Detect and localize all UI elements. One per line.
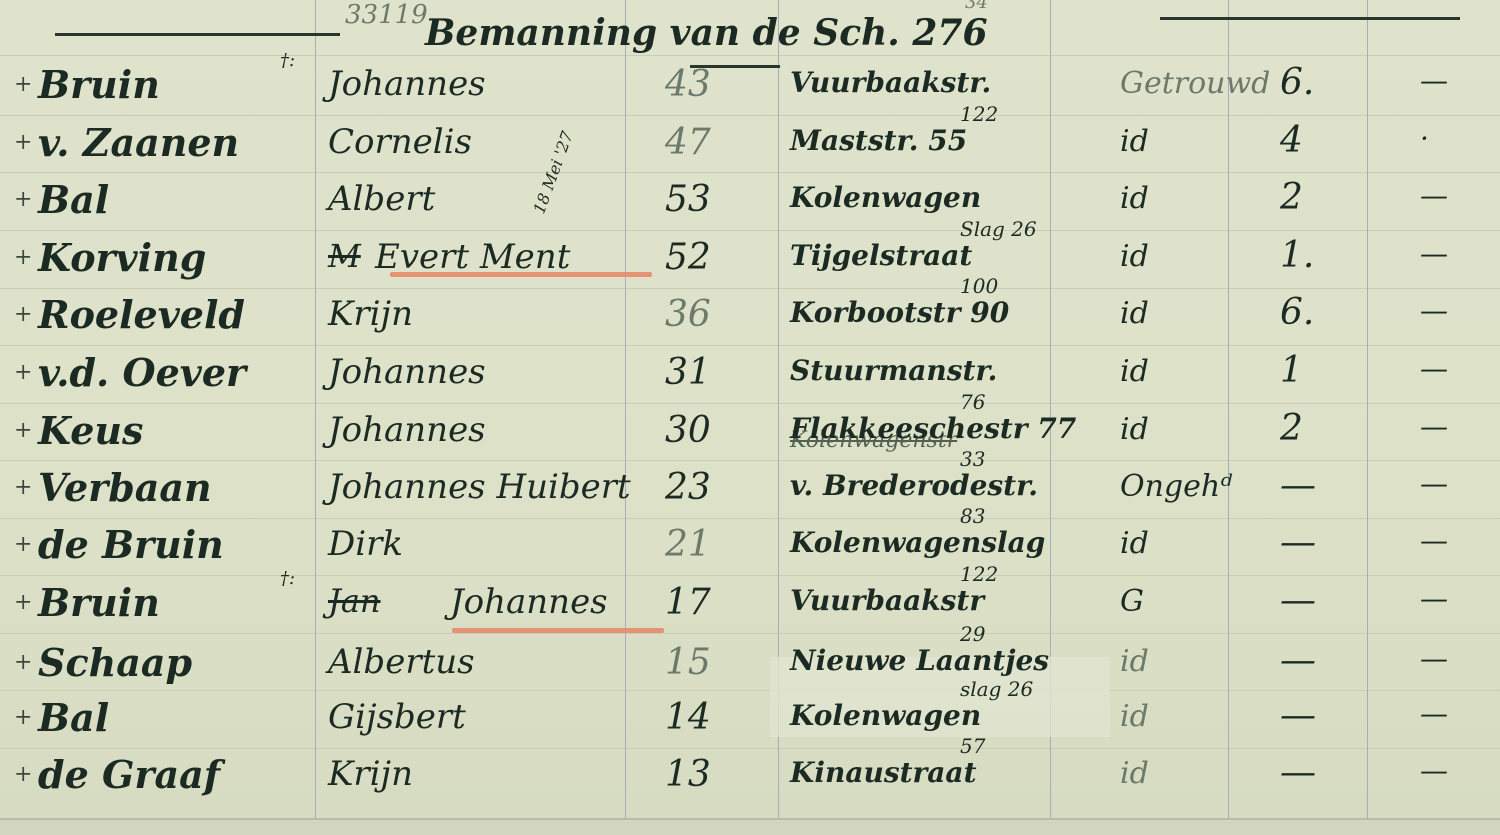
underlying-page xyxy=(0,820,1500,835)
status-cell: id xyxy=(1120,354,1149,389)
given-cell: Johannes xyxy=(450,582,608,622)
given-struck: Jan xyxy=(328,582,381,620)
given-cell: Krijn xyxy=(328,294,413,334)
row-mark: + xyxy=(14,532,32,557)
age-cell: 23 xyxy=(665,467,711,508)
address-cell: Stuurmanstr. xyxy=(790,354,997,387)
age-cell: 47 xyxy=(665,122,711,163)
age-cell: 52 xyxy=(665,237,711,278)
count-cell: 1 xyxy=(1280,350,1303,391)
address-note: 122 xyxy=(960,102,998,126)
address-cell: Vuurbaakstr. xyxy=(790,66,991,99)
last-cell: — xyxy=(1420,524,1448,557)
age-cell: 17 xyxy=(665,582,711,623)
count-cell: — xyxy=(1280,695,1316,736)
surname-cell: Roeleveld xyxy=(38,292,245,337)
status-cell: Getrouwd xyxy=(1120,66,1270,101)
age-cell: 30 xyxy=(665,410,711,451)
age-cell: 13 xyxy=(665,754,711,795)
age-cell: 14 xyxy=(665,697,711,738)
last-cell: — xyxy=(1420,352,1448,385)
count-cell: — xyxy=(1280,465,1316,506)
surname-cell: Bruin xyxy=(38,62,160,107)
archive-number: 33119 xyxy=(345,0,428,30)
address-note: 76 xyxy=(960,390,985,414)
address-note: 29 xyxy=(960,622,985,646)
ruled-line xyxy=(0,690,1500,691)
ledger-page: 33119 34 Bemanning van de Sch. 276 +Brui… xyxy=(0,0,1500,820)
age-cell: 53 xyxy=(665,179,711,220)
surname-cell: de Graaf xyxy=(38,752,220,797)
address-cell: Vuurbaakstr xyxy=(790,584,984,617)
given-cell: Johannes xyxy=(328,352,486,392)
surname-cell: de Bruin xyxy=(38,522,224,567)
row-mark: + xyxy=(14,360,32,385)
age-cell: 15 xyxy=(665,642,711,683)
status-cell: id xyxy=(1120,296,1149,331)
header-rule-left xyxy=(55,33,340,36)
count-cell: — xyxy=(1280,640,1316,681)
row-mark: + xyxy=(14,245,32,270)
count-cell: 6. xyxy=(1280,292,1314,333)
status-cell: id xyxy=(1120,239,1149,274)
ruled-line xyxy=(0,115,1500,116)
ruled-line xyxy=(0,460,1500,461)
given-cell: Evert Ment xyxy=(375,237,570,277)
given-cell: Albert xyxy=(328,179,435,219)
address-note: Slag 26 xyxy=(960,217,1037,241)
address-cell: Korbootstr 90 xyxy=(790,296,1009,329)
address-cell: Kolenwagen xyxy=(790,699,981,732)
status-cell: id xyxy=(1120,412,1149,447)
page-title: Bemanning van de Sch. 276 xyxy=(425,12,988,54)
row-mark: + xyxy=(14,650,32,675)
row-mark: + xyxy=(14,130,32,155)
row-mark: + xyxy=(14,72,32,97)
surname-cell: Bal xyxy=(38,695,109,740)
last-cell: — xyxy=(1420,754,1448,787)
row-mark: + xyxy=(14,418,32,443)
address-note: 33 xyxy=(960,447,985,471)
row-mark: + xyxy=(14,187,32,212)
address-cell: Kinaustraat xyxy=(790,756,977,789)
count-cell: — xyxy=(1280,580,1316,621)
ruled-line xyxy=(0,748,1500,749)
column-line xyxy=(1367,0,1368,818)
count-cell: 2 xyxy=(1280,177,1303,218)
age-cell: 21 xyxy=(665,524,711,565)
surname-cell: Keus xyxy=(38,408,143,453)
header-rule-right xyxy=(1160,17,1460,20)
count-cell: 2 xyxy=(1280,408,1303,449)
row-mark: + xyxy=(14,590,32,615)
address-note: 100 xyxy=(960,274,998,298)
last-cell: — xyxy=(1420,179,1448,212)
given-cell: Johannes xyxy=(328,64,486,104)
column-line xyxy=(1228,0,1229,818)
given-cell: Johannes xyxy=(328,410,486,450)
address-cell: Kolenwagen xyxy=(790,181,981,214)
ruled-line xyxy=(0,345,1500,346)
surname-cell: v.d. Oever xyxy=(38,350,246,395)
surname-cell: Bruin xyxy=(38,580,160,625)
last-cell: — xyxy=(1420,64,1448,97)
surname-cell: v. Zaanen xyxy=(38,120,239,165)
status-cell: id xyxy=(1120,181,1149,216)
last-cell: — xyxy=(1420,582,1448,615)
given-cell: Cornelis xyxy=(328,122,472,162)
address-cell: Nieuwe Laantjes xyxy=(790,644,1049,677)
address-note: 57 xyxy=(960,734,985,758)
count-cell: — xyxy=(1280,752,1316,793)
surname-cell: Verbaan xyxy=(38,465,212,510)
ruled-line xyxy=(0,403,1500,404)
red-underline xyxy=(452,628,664,633)
surname-note: †: xyxy=(280,568,295,589)
surname-cell: Schaap xyxy=(38,640,192,685)
age-cell: 31 xyxy=(665,352,711,393)
last-cell: — xyxy=(1420,642,1448,675)
address-cell: Tijgelstraat xyxy=(790,239,972,272)
age-cell: 36 xyxy=(665,294,711,335)
ruled-line xyxy=(0,172,1500,173)
status-cell: id xyxy=(1120,699,1149,734)
ruled-line xyxy=(0,230,1500,231)
surname-note: †: xyxy=(280,50,295,71)
row-mark: + xyxy=(14,762,32,787)
ruled-line xyxy=(0,288,1500,289)
given-cell: Dirk xyxy=(328,524,403,564)
row-mark: + xyxy=(14,475,32,500)
count-cell: 6. xyxy=(1280,62,1314,103)
status-cell: id xyxy=(1120,756,1149,791)
age-cell: 43 xyxy=(665,64,711,105)
address-note: 83 xyxy=(960,504,985,528)
row-mark: + xyxy=(14,302,32,327)
status-cell: Ongehᵈ xyxy=(1120,469,1232,504)
last-cell: — xyxy=(1420,467,1448,500)
last-cell: · xyxy=(1420,122,1429,155)
address-cell: Kolenwagenslag xyxy=(790,526,1045,559)
ruled-line xyxy=(0,55,1500,56)
given-cell: Krijn xyxy=(328,754,413,794)
last-cell: — xyxy=(1420,237,1448,270)
status-cell: id xyxy=(1120,526,1149,561)
given-cell: Johannes Huibert xyxy=(328,467,631,507)
surname-cell: Bal xyxy=(38,177,109,222)
ruled-line xyxy=(0,575,1500,576)
count-cell: — xyxy=(1280,522,1316,563)
column-line xyxy=(315,0,316,818)
address-cell: v. Brederodestr. xyxy=(790,469,1038,502)
status-cell: id xyxy=(1120,644,1149,679)
last-cell: — xyxy=(1420,410,1448,443)
address-note: 122 xyxy=(960,562,998,586)
count-cell: 4 xyxy=(1280,120,1303,161)
row-mark: + xyxy=(14,705,32,730)
ruled-line xyxy=(0,633,1500,634)
given-struck: M xyxy=(328,237,361,275)
given-cell: Gijsbert xyxy=(328,697,466,737)
ruled-line xyxy=(0,518,1500,519)
given-cell: Albertus xyxy=(328,642,475,682)
surname-cell: Korving xyxy=(38,235,206,280)
address-struck: Kolenwagenstr xyxy=(790,428,957,453)
red-underline xyxy=(390,272,652,277)
status-cell: G xyxy=(1120,584,1144,619)
address-note: slag 26 xyxy=(960,677,1033,701)
last-cell: — xyxy=(1420,294,1448,327)
status-cell: id xyxy=(1120,124,1149,159)
column-line xyxy=(625,0,626,818)
address-cell: Maststr. 55 xyxy=(790,124,967,157)
count-cell: 1. xyxy=(1280,235,1314,276)
last-cell: — xyxy=(1420,697,1448,730)
